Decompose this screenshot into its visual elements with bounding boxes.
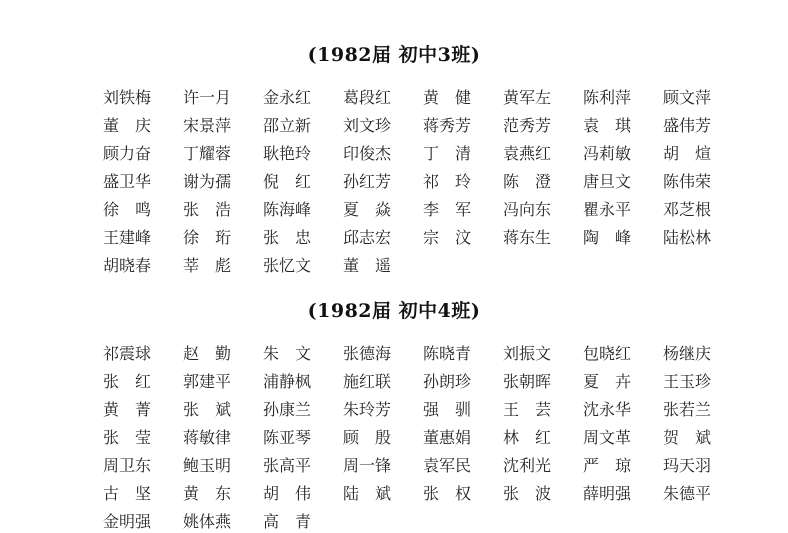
student-name: 祁震球 [103, 340, 151, 368]
name-row: 胡晓春莘彪张忆文董遥 [103, 252, 788, 280]
student-name: 沈永华 [583, 396, 631, 424]
student-name: 唐旦文 [583, 168, 631, 196]
student-name: 冯莉敏 [583, 140, 631, 168]
document-page: (1982届 初中3班) 刘铁梅许一月金永红葛段红黄健黄军左陈利萍顾文萍董庆宋景… [0, 0, 788, 533]
name-row: 张莹蒋敏律陈亚琴顾殷董惠娟林红周文革贺斌 [103, 424, 788, 452]
student-name: 周文革 [583, 424, 631, 452]
student-name: 张若兰 [663, 396, 711, 424]
student-name: 古坚 [103, 480, 151, 508]
student-name: 张斌 [183, 396, 231, 424]
name-row: 王建峰徐珩张忠邱志宏宗汶蒋东生陶峰陆松林 [103, 224, 788, 252]
name-row: 古坚黄东胡伟陆斌张权张波薛明强朱德平 [103, 480, 788, 508]
student-name: 刘铁梅 [103, 84, 151, 112]
student-name: 施红联 [343, 368, 391, 396]
student-name: 蒋敏律 [183, 424, 231, 452]
roster-section-class4: (1982届 初中4班) 祁震球赵勤朱文张德海陈晓青刘振文包晓红杨继庆张红郭建平… [0, 299, 788, 533]
name-grid: 祁震球赵勤朱文张德海陈晓青刘振文包晓红杨继庆张红郭建平浦静枫施红联孙朗珍张朝晖夏… [0, 340, 788, 533]
student-name: 祁玲 [423, 168, 471, 196]
student-name: 董惠娟 [423, 424, 471, 452]
student-name: 陈利萍 [583, 84, 631, 112]
student-name: 鲍玉明 [183, 452, 231, 480]
student-name: 高青 [263, 508, 311, 533]
student-name: 董遥 [343, 252, 391, 280]
student-name: 谢为孺 [183, 168, 231, 196]
student-name: 薛明强 [583, 480, 631, 508]
student-name: 许一月 [183, 84, 231, 112]
student-name: 赵勤 [183, 340, 231, 368]
student-name: 孙康兰 [263, 396, 311, 424]
student-name: 胡伟 [263, 480, 311, 508]
student-name: 金明强 [103, 508, 151, 533]
student-name: 邓芝根 [663, 196, 711, 224]
name-row: 董庆宋景萍邵立新刘文珍蒋秀芳范秀芳袁琪盛伟芳 [103, 112, 788, 140]
student-name: 陈澄 [503, 168, 551, 196]
student-name: 王建峰 [103, 224, 151, 252]
student-name: 张红 [103, 368, 151, 396]
student-name: 袁燕红 [503, 140, 551, 168]
student-name: 倪红 [263, 168, 311, 196]
student-name: 朱文 [263, 340, 311, 368]
student-name: 朱德平 [663, 480, 711, 508]
student-name: 丁耀蓉 [183, 140, 231, 168]
student-name: 林红 [503, 424, 551, 452]
student-name: 陶峰 [583, 224, 631, 252]
student-name: 李军 [423, 196, 471, 224]
student-name: 瞿永平 [583, 196, 631, 224]
student-name: 胡煊 [663, 140, 711, 168]
section-title: (1982届 初中3班) [0, 43, 788, 67]
student-name: 沈利光 [503, 452, 551, 480]
student-name: 刘文珍 [343, 112, 391, 140]
student-name: 邱志宏 [343, 224, 391, 252]
student-name: 葛段红 [343, 84, 391, 112]
student-name: 徐鸣 [103, 196, 151, 224]
student-name: 蒋秀芳 [423, 112, 471, 140]
name-row: 金明强姚体燕高青 [103, 508, 788, 533]
student-name: 严琼 [583, 452, 631, 480]
student-name: 夏卉 [583, 368, 631, 396]
student-name: 包晓红 [583, 340, 631, 368]
student-name: 王玉珍 [663, 368, 711, 396]
student-name: 丁清 [423, 140, 471, 168]
name-row: 顾力奋丁耀蓉耿艳玲印俊杰丁清袁燕红冯莉敏胡煊 [103, 140, 788, 168]
student-name: 姚体燕 [183, 508, 231, 533]
student-name: 黄健 [423, 84, 471, 112]
student-name: 顾殷 [343, 424, 391, 452]
student-name: 盛卫华 [103, 168, 151, 196]
student-name: 董庆 [103, 112, 151, 140]
name-row: 刘铁梅许一月金永红葛段红黄健黄军左陈利萍顾文萍 [103, 84, 788, 112]
student-name: 浦静枫 [263, 368, 311, 396]
student-name: 孙红芳 [343, 168, 391, 196]
student-name: 徐珩 [183, 224, 231, 252]
student-name: 蒋东生 [503, 224, 551, 252]
student-name: 金永红 [263, 84, 311, 112]
student-name: 袁军民 [423, 452, 471, 480]
name-row: 张红郭建平浦静枫施红联孙朗珍张朝晖夏卉王玉珍 [103, 368, 788, 396]
student-name: 宗汶 [423, 224, 471, 252]
student-name: 陈晓青 [423, 340, 471, 368]
name-row: 徐鸣张浩陈海峰夏焱李军冯向东瞿永平邓芝根 [103, 196, 788, 224]
student-name: 黄东 [183, 480, 231, 508]
section-title: (1982届 初中4班) [0, 299, 788, 323]
student-name: 陆斌 [343, 480, 391, 508]
student-name: 刘振文 [503, 340, 551, 368]
student-name: 宋景萍 [183, 112, 231, 140]
student-name: 范秀芳 [503, 112, 551, 140]
student-name: 张朝晖 [503, 368, 551, 396]
student-name: 张忠 [263, 224, 311, 252]
student-name: 贺斌 [663, 424, 711, 452]
student-name: 陆松林 [663, 224, 711, 252]
student-name: 朱玲芳 [343, 396, 391, 424]
student-name: 周卫东 [103, 452, 151, 480]
student-name: 邵立新 [263, 112, 311, 140]
student-name: 黄菁 [103, 396, 151, 424]
student-name: 莘彪 [183, 252, 231, 280]
student-name: 印俊杰 [343, 140, 391, 168]
student-name: 张德海 [343, 340, 391, 368]
student-name: 袁琪 [583, 112, 631, 140]
student-name: 耿艳玲 [263, 140, 311, 168]
student-name: 周一锋 [343, 452, 391, 480]
student-name: 张波 [503, 480, 551, 508]
student-name: 杨继庆 [663, 340, 711, 368]
student-name: 冯向东 [503, 196, 551, 224]
student-name: 陈亚琴 [263, 424, 311, 452]
student-name: 张莹 [103, 424, 151, 452]
student-name: 孙朗珍 [423, 368, 471, 396]
name-grid: 刘铁梅许一月金永红葛段红黄健黄军左陈利萍顾文萍董庆宋景萍邵立新刘文珍蒋秀芳范秀芳… [0, 84, 788, 280]
student-name: 张高平 [263, 452, 311, 480]
student-name: 顾力奋 [103, 140, 151, 168]
student-name: 胡晓春 [103, 252, 151, 280]
student-name: 黄军左 [503, 84, 551, 112]
roster-section-class3: (1982届 初中3班) 刘铁梅许一月金永红葛段红黄健黄军左陈利萍顾文萍董庆宋景… [0, 43, 788, 280]
student-name: 郭建平 [183, 368, 231, 396]
name-row: 祁震球赵勤朱文张德海陈晓青刘振文包晓红杨继庆 [103, 340, 788, 368]
student-name: 盛伟芳 [663, 112, 711, 140]
student-name: 张权 [423, 480, 471, 508]
student-name: 张忆文 [263, 252, 311, 280]
student-name: 张浩 [183, 196, 231, 224]
student-name: 王芸 [503, 396, 551, 424]
student-name: 陈伟荣 [663, 168, 711, 196]
student-name: 强驯 [423, 396, 471, 424]
name-row: 黄菁张斌孙康兰朱玲芳强驯王芸沈永华张若兰 [103, 396, 788, 424]
student-name: 陈海峰 [263, 196, 311, 224]
name-row: 周卫东鲍玉明张高平周一锋袁军民沈利光严琼玛天羽 [103, 452, 788, 480]
student-name: 顾文萍 [663, 84, 711, 112]
name-row: 盛卫华谢为孺倪红孙红芳祁玲陈澄唐旦文陈伟荣 [103, 168, 788, 196]
student-name: 夏焱 [343, 196, 391, 224]
student-name: 玛天羽 [663, 452, 711, 480]
